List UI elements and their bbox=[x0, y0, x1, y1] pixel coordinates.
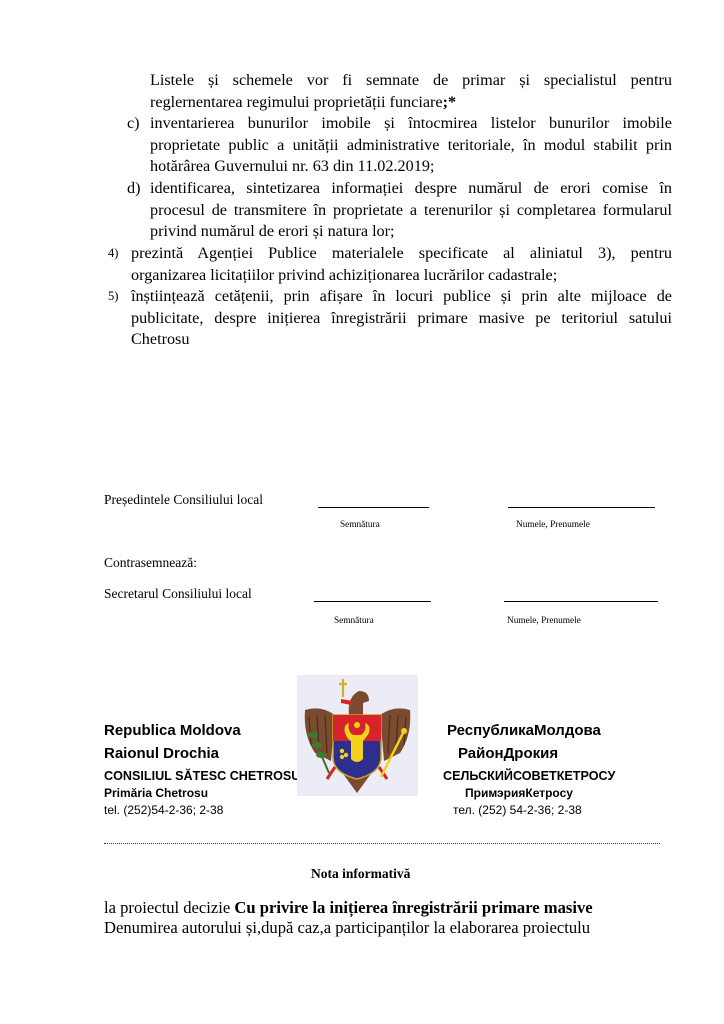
note-subtitle: la proiectul decizie Cu privire la iniți… bbox=[104, 898, 593, 918]
text-fragment-bold: ;* bbox=[443, 93, 456, 111]
secretary-label: Secretarul Consiliului local bbox=[104, 586, 252, 602]
district-name-ro: Raionul Drochia bbox=[104, 745, 219, 763]
list-marker-c: c) bbox=[127, 113, 140, 135]
text-line: privind numărul de erori și natura lor; bbox=[150, 221, 672, 243]
signature-caption: Semnătura bbox=[340, 520, 380, 531]
name-caption: Numele, Prenumele bbox=[516, 520, 590, 531]
district-name-ru: РайонДрокия bbox=[458, 745, 558, 763]
name-caption: Numele, Prenumele bbox=[507, 616, 581, 627]
text-line: Chetrosu bbox=[131, 329, 672, 351]
list-item-5: înștiințează cetățenii, prin afișare în … bbox=[131, 286, 672, 351]
text-line: Listele și schemele vor fi semnate de pr… bbox=[150, 70, 672, 92]
text-line: organizarea licitațiilor privind achiziț… bbox=[131, 265, 672, 287]
text-line: inventarierea bunurilor imobile și întoc… bbox=[150, 113, 672, 135]
phone-ru: тел. (252) 54-2-36; 2-38 bbox=[453, 803, 582, 817]
note-subtitle-bold: Cu privire la inițierea înregistrării pr… bbox=[234, 898, 592, 917]
list-item-c: inventarierea bunurilor imobile și întoc… bbox=[150, 113, 672, 178]
country-name-ru: РеспубликаМолдова bbox=[447, 722, 601, 740]
president-name-line[interactable] bbox=[508, 507, 655, 508]
coat-of-arms-icon bbox=[297, 675, 418, 796]
list-marker-5: 5) bbox=[108, 286, 118, 308]
country-name-ro: Republica Moldova bbox=[104, 722, 241, 740]
note-subtitle-prefix: la proiectul decizie bbox=[104, 898, 234, 917]
president-label: Președintele Consiliului local bbox=[104, 492, 263, 508]
continuation-paragraph: Listele și schemele vor fi semnate de pr… bbox=[150, 70, 672, 113]
text-line: prezintă Agenției Publice materialele sp… bbox=[131, 243, 672, 265]
text-line: identificarea, sintetizarea informației … bbox=[150, 178, 672, 200]
text-line: hotărârea Guvernului nr. 63 din 11.02.20… bbox=[150, 156, 672, 178]
text-line: înștiințează cetățenii, prin afișare în … bbox=[131, 286, 672, 308]
council-name-ru: СЕЛЬСКИЙСОВЕТКЕТРОСУ bbox=[443, 769, 615, 784]
mayoralty-name-ro: Primăria Chetrosu bbox=[104, 786, 208, 801]
council-name-ro: CONSILIUL SĂTESC CHETROSU bbox=[104, 769, 300, 784]
countersign-label: Contrasemnează: bbox=[104, 555, 197, 571]
note-authors-line: Denumirea autorului și,după caz,a partic… bbox=[104, 918, 590, 938]
list-marker-d: d) bbox=[127, 178, 140, 200]
text-line: procesul de transmitere în proprietate a… bbox=[150, 200, 672, 222]
text-line: publicitate, despre inițierea înregistră… bbox=[131, 308, 672, 330]
list-marker-4: 4) bbox=[108, 243, 118, 265]
text-line: proprietate public a unității administra… bbox=[150, 135, 672, 157]
text-fragment: reglernentarea regimului proprietății fu… bbox=[150, 93, 443, 111]
secretary-name-line[interactable] bbox=[504, 601, 658, 602]
president-signature-line[interactable] bbox=[318, 507, 429, 508]
list-item-4: prezintă Agenției Publice materialele sp… bbox=[131, 243, 672, 286]
text-line: reglernentarea regimului proprietății fu… bbox=[150, 92, 672, 114]
dotted-separator bbox=[104, 843, 660, 844]
mayoralty-name-ru: ПримэрияКетросу bbox=[465, 786, 573, 801]
signature-caption: Semnătura bbox=[334, 616, 374, 627]
note-title: Nota informativă bbox=[311, 866, 410, 882]
phone-ro: tel. (252)54-2-36; 2-38 bbox=[104, 803, 223, 817]
coat-of-arms bbox=[297, 675, 418, 796]
list-item-d: identificarea, sintetizarea informației … bbox=[150, 178, 672, 243]
secretary-signature-line[interactable] bbox=[314, 601, 431, 602]
